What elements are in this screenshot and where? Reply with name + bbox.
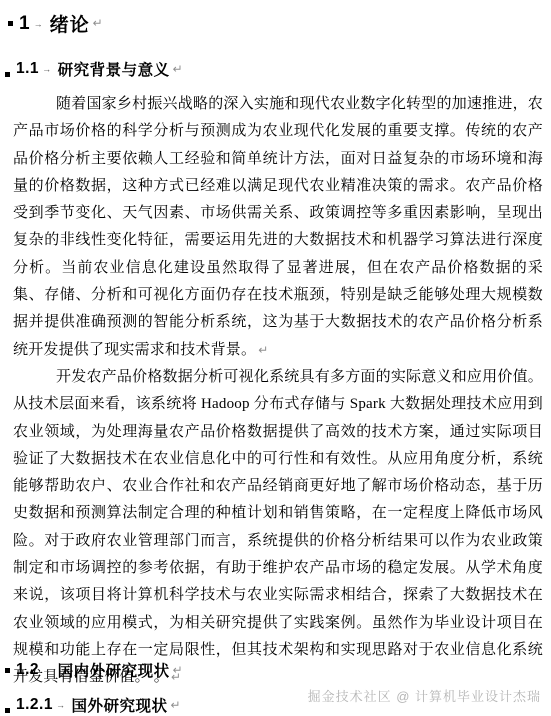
tab-mark-icon: → (34, 19, 44, 29)
heading-number: 1.2.1 (16, 696, 53, 714)
paragraph-background: 随着国家乡村振兴战略的深入实施和现代农业数字化转型的加速推进，农产品市场价格的科… (13, 91, 543, 364)
heading-title: 国外研究现状 (71, 694, 167, 716)
tab-mark-icon: → (56, 700, 66, 710)
heading-number: 1 (19, 13, 31, 35)
paragraph-mark-icon: ↵ (173, 663, 184, 678)
watermark-text: 掘金技术社区 @ 计算机毕业设计杰瑞 (308, 686, 541, 705)
outline-square-marker (8, 21, 13, 26)
paragraph-mark-icon: ↵ (258, 343, 268, 357)
heading-title: 绪论 (50, 10, 90, 37)
heading-chapter-1: 1 → 绪论 ↵ (8, 10, 551, 37)
paragraph-text: 开发农产品价格数据分析可视化系统具有多方面的实际意义和应用价值。从技术层面来看，… (13, 369, 543, 685)
paragraph-significance: 开发农产品价格数据分析可视化系统具有多方面的实际意义和应用价值。从技术层面来看，… (13, 364, 543, 692)
tab-mark-icon: → (42, 64, 52, 74)
body-text: 随着国家乡村振兴战略的深入实施和现代农业数字化转型的加速推进，农产品市场价格的科… (13, 91, 543, 692)
paragraph-mark-icon: ↵ (171, 698, 182, 713)
heading-title: 国内外研究现状 (58, 659, 170, 681)
paragraph-mark-icon: ↵ (173, 62, 184, 77)
heading-1-2-1: 1.2.1 → 国外研究现状 ↵ (5, 694, 183, 716)
heading-title: 研究背景与意义 (58, 58, 170, 80)
heading-number: 1.1 (16, 60, 39, 78)
outline-square-marker (5, 708, 10, 713)
paragraph-text: 随着国家乡村振兴战略的深入实施和现代农业数字化转型的加速推进，农产品市场价格的科… (13, 96, 543, 358)
outline-square-marker (5, 668, 10, 673)
heading-1-1: 1.1 → 研究背景与意义 ↵ (5, 58, 551, 80)
bottom-headings: 1.2 → 国内外研究现状 ↵ 1.2.1 → 国外研究现状 ↵ (5, 659, 183, 716)
heading-number: 1.2 (16, 661, 39, 679)
outline-square-marker (5, 72, 10, 77)
paragraph-mark-icon: ↵ (93, 16, 104, 31)
tab-mark-icon: → (42, 665, 52, 675)
heading-1-2: 1.2 → 国内外研究现状 ↵ (5, 659, 183, 681)
document-page: 1 → 绪论 ↵ 1.1 → 研究背景与意义 ↵ 随着国家乡村振兴战略的深入实施… (0, 0, 551, 716)
